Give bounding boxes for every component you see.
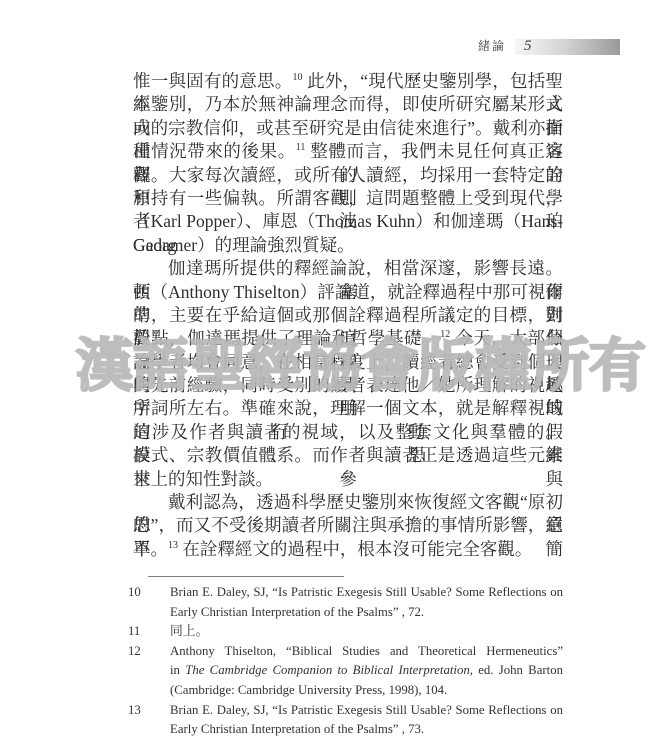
footnote-line: (Cambridge: Cambridge University Press, … (170, 681, 563, 701)
book-page: 緒論 5 惟一與固有的意思。10 此外，“現代歷史鑒別學，包括聖經文本鑒別，乃本… (0, 0, 650, 750)
footnote-number: 13 (128, 701, 141, 721)
body-line: Gadamer）的理論強烈質疑。 (133, 234, 563, 257)
body-line: 惟一與固有的意思。10 此外，“現代歷史鑒別學，包括聖經文 (133, 70, 563, 93)
body-line: 字詞所左右。準確來說，理解一個文本，就是解釋視域的行動。 (133, 397, 563, 420)
footnote-line: in The Cambridge Companion to Biblical I… (170, 661, 563, 681)
body-line: 和持有一些偏執。所謂客觀，這問題整體上受到現代學者波珀 (133, 187, 563, 210)
body-line: 向的宗教信仰，或甚至研究是由信徒來進行”。戴利亦指出這 (133, 117, 563, 140)
footnote-line: 13Brian E. Daley, SJ, “Is Patristic Exeg… (170, 701, 563, 721)
header-bar: 5 (515, 39, 620, 55)
footnote-number: 10 (128, 583, 141, 603)
body-line: 頓（Anthony Thiselton）評論道，就詮釋過程中那可視作準則 (133, 281, 563, 304)
body-line: 伽達瑪所提供的釋經論說，相當深邃，影響長遠。西塞爾 (133, 257, 563, 280)
italic-title: The Cambridge Companion to Biblical Inte… (185, 663, 470, 677)
body-line: 論學者均會同意，在相當程度上，讀經者總會受到個人的興趣 (133, 351, 563, 374)
footnote-line: 11同上。 (170, 622, 563, 642)
footnote-number: 11 (128, 622, 140, 642)
body-line: 戴利認為，透過科學歷史鑒別來恢復經文客觀“原初的意 (133, 491, 563, 514)
body-line: 單。13 在詮釋經文的過程中，根本沒可能完全客觀。 (133, 538, 563, 561)
running-head-section-title: 緒論 (478, 38, 506, 55)
footnote-separator (148, 576, 344, 577)
footnote-ref: 13 (168, 540, 178, 551)
page-number: 5 (515, 39, 532, 54)
body-line: 釋。大家每次讀經，或所有人讀經，均採用一套特定的原則， (133, 164, 563, 187)
body-line: 的，主要在乎給這個或那個詮釋過程所議定的目標，對於這個 (133, 304, 563, 327)
footnotes: 10Brian E. Daley, SJ, “Is Patristic Exeg… (170, 583, 563, 740)
footnote-ref: 10 (293, 72, 303, 83)
body-line: 思”，而又不受後期讀者所關注與承擔的事情所影響，絕不簡 (133, 514, 563, 537)
body-line: 模式、宗教價值體系。而作者與讀者正是透過這些元素來參與 (133, 444, 563, 467)
page-header: 緒論 5 (0, 38, 620, 55)
footnote-number: 12 (128, 642, 141, 662)
footnote-line: 12Anthony Thiselton, “Biblical Studies a… (170, 642, 563, 662)
body-line: 這涉及作者與讀者的視域，以及整套文化與羣體的假設、思維 (133, 421, 563, 444)
footnote-line: 10Brian E. Daley, SJ, “Is Patristic Exeg… (170, 583, 563, 603)
body-line: （Karl Popper）、庫恩（Thomas Kuhn）和伽達瑪（Hans-G… (133, 210, 563, 233)
footnote-ref: 11 (296, 142, 306, 153)
footnote-ref: 12 (440, 329, 450, 340)
footnote-line: Early Christian Interpretation of the Ps… (170, 603, 563, 623)
body-line: 種情況帶來的後果。11 整體而言，我們未見任何真正客觀的詮 (133, 140, 563, 163)
body-line: 本鑒別，乃本於無神論理念而得，即使所研究屬某形式或面 (133, 93, 563, 116)
body-line: 觀點，伽達瑪提供了理論和哲學基礎。12 今天，大部分詮釋理 (133, 327, 563, 350)
footnote-line: Early Christian Interpretation of the Ps… (170, 720, 563, 740)
body-text: 惟一與固有的意思。10 此外，“現代歷史鑒別學，包括聖經文本鑒別，乃本於無神論理… (133, 70, 563, 561)
body-line: 與先前經驗，同時受別的讀者表達他／她所理解的視域所用的 (133, 374, 563, 397)
